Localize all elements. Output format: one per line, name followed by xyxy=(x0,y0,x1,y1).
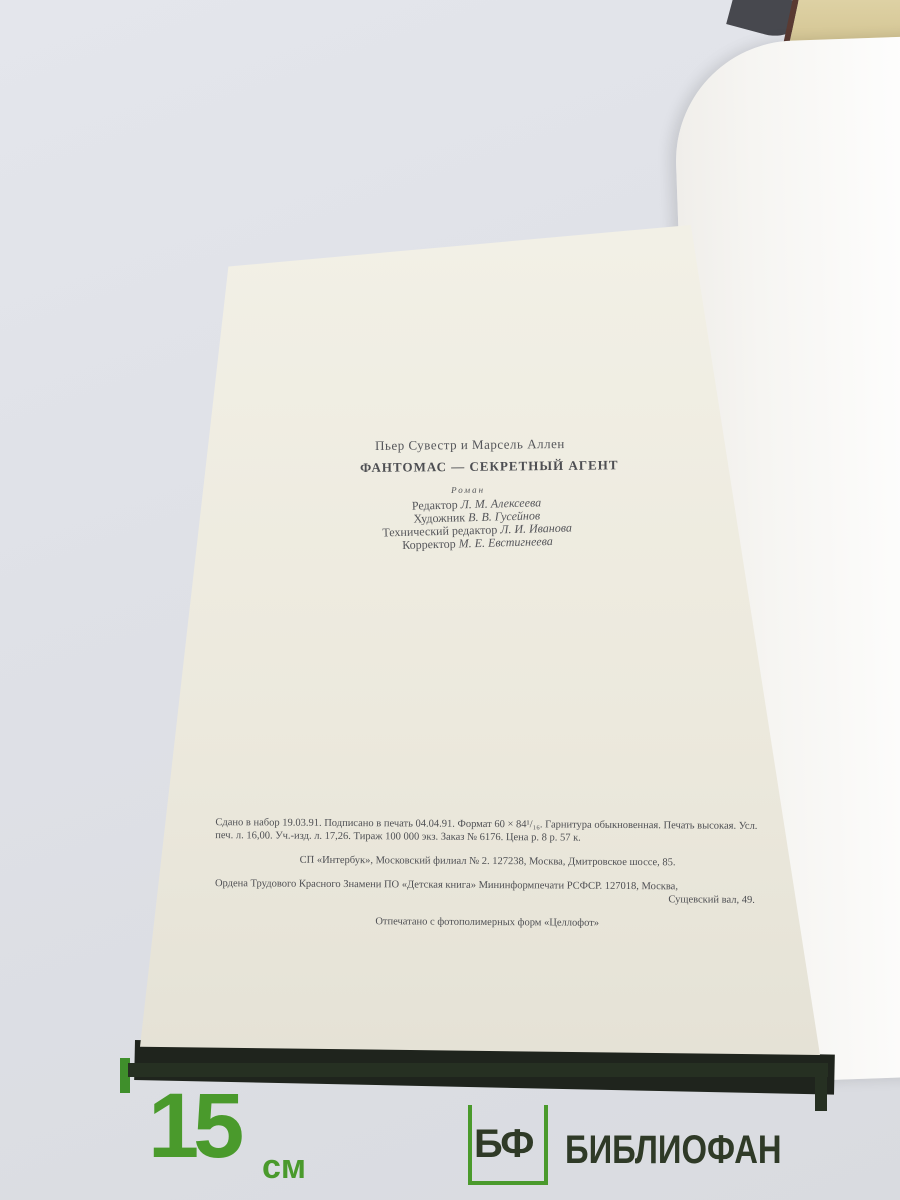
imprint-printed-from: Отпечатано с фотополимерных форм «Целлоф… xyxy=(215,914,760,931)
imprint-publisher: СП «Интербук», Московский филиал № 2. 12… xyxy=(215,853,760,870)
book-authors: Пьер Сувестр и Марсель Аллен xyxy=(375,436,565,454)
imprint-print-details: Сдано в набор 19.03.91. Подписано в печа… xyxy=(215,816,760,846)
size-value: 15 xyxy=(148,1080,238,1172)
book-title: ФАНТОМАС — СЕКРЕТНЫЙ АГЕНТ xyxy=(360,457,619,476)
imprint: Сдано в набор 19.03.91. Подписано в печа… xyxy=(215,816,761,942)
brand-name: БИБЛИОФАН xyxy=(565,1128,782,1173)
imprint-printer-address: Сущевский вал, 49. xyxy=(215,890,760,907)
credits: Редактор Л. М. Алексеева Художник В. В. … xyxy=(351,495,602,554)
book-genre: Роман xyxy=(451,485,485,495)
size-unit: см xyxy=(262,1148,306,1187)
ruler-tick-right xyxy=(815,1063,827,1111)
logo-letters: БФ xyxy=(474,1122,532,1167)
